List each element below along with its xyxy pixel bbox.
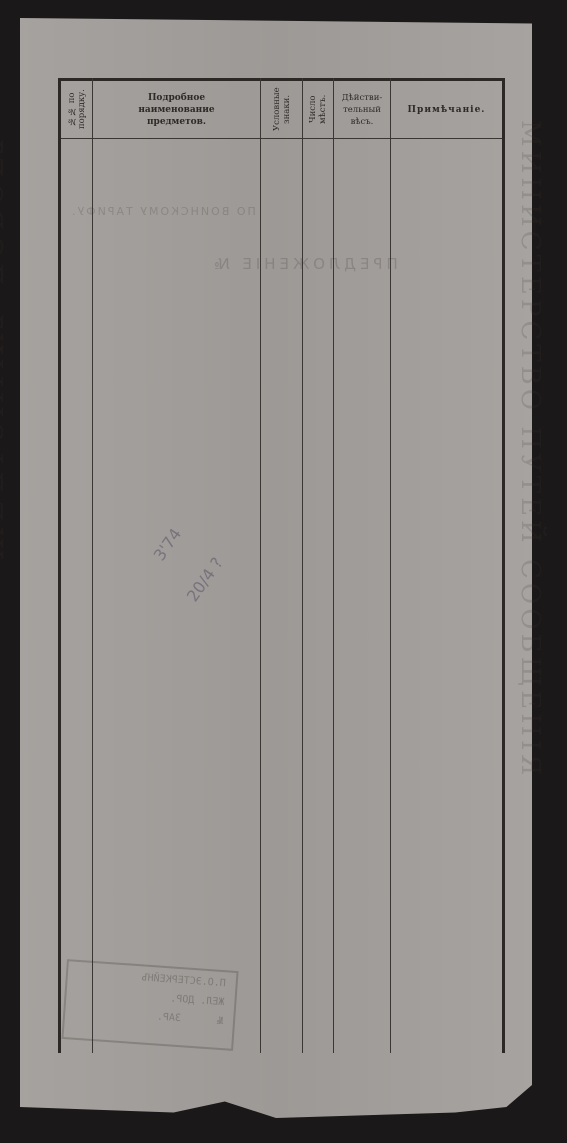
column-divider (333, 78, 334, 1053)
table-border-right (502, 78, 505, 1053)
column-divider (260, 78, 261, 1053)
faded-stamp: П.О.ЭСТЕРКЕЙНЪ ЖЕЛ. ДОР. № ЗАР. (61, 959, 238, 1051)
right-edge-watermark: МИНИСТЕРСТВО ПУТЕЙ СООБЩЕНІЯ (515, 120, 545, 779)
header-number-of-pieces: Число мѣстъ. (303, 81, 333, 138)
header-item-description: Подробное наименование предметов. (93, 81, 260, 138)
column-divider (302, 78, 303, 1053)
items-table: №№ по порядку. Подробное наименование пр… (58, 78, 505, 1053)
header-conventional-marks: Условные знаки. (261, 81, 302, 138)
stamp-line: № ЗАР. (75, 1006, 223, 1027)
header-remarks: Примѣчаніе. (391, 81, 502, 138)
stamp-line: П.О.ЭСТЕРКЕЙНЪ (78, 968, 226, 989)
column-divider (390, 78, 391, 1053)
bleed-through-proposal-text: ПРЕДЛОЖЕНІЕ № (210, 255, 398, 273)
table-border-left (58, 78, 61, 1053)
stamp-line: ЖЕЛ. ДОР. (76, 987, 224, 1008)
header-actual-weight: Дѣйстви-тельный вѣсъ. (334, 81, 390, 138)
left-edge-watermark: ЖЕЛѢЗНЫХЪ ДОРОГЪ (0, 126, 8, 560)
header-divider (61, 138, 502, 139)
header-row-number: №№ по порядку. (61, 81, 92, 138)
bleed-through-tariff-text: ПО ВОИНСКОМУ ТАРИФУ. (70, 205, 256, 218)
column-divider (92, 78, 93, 1053)
